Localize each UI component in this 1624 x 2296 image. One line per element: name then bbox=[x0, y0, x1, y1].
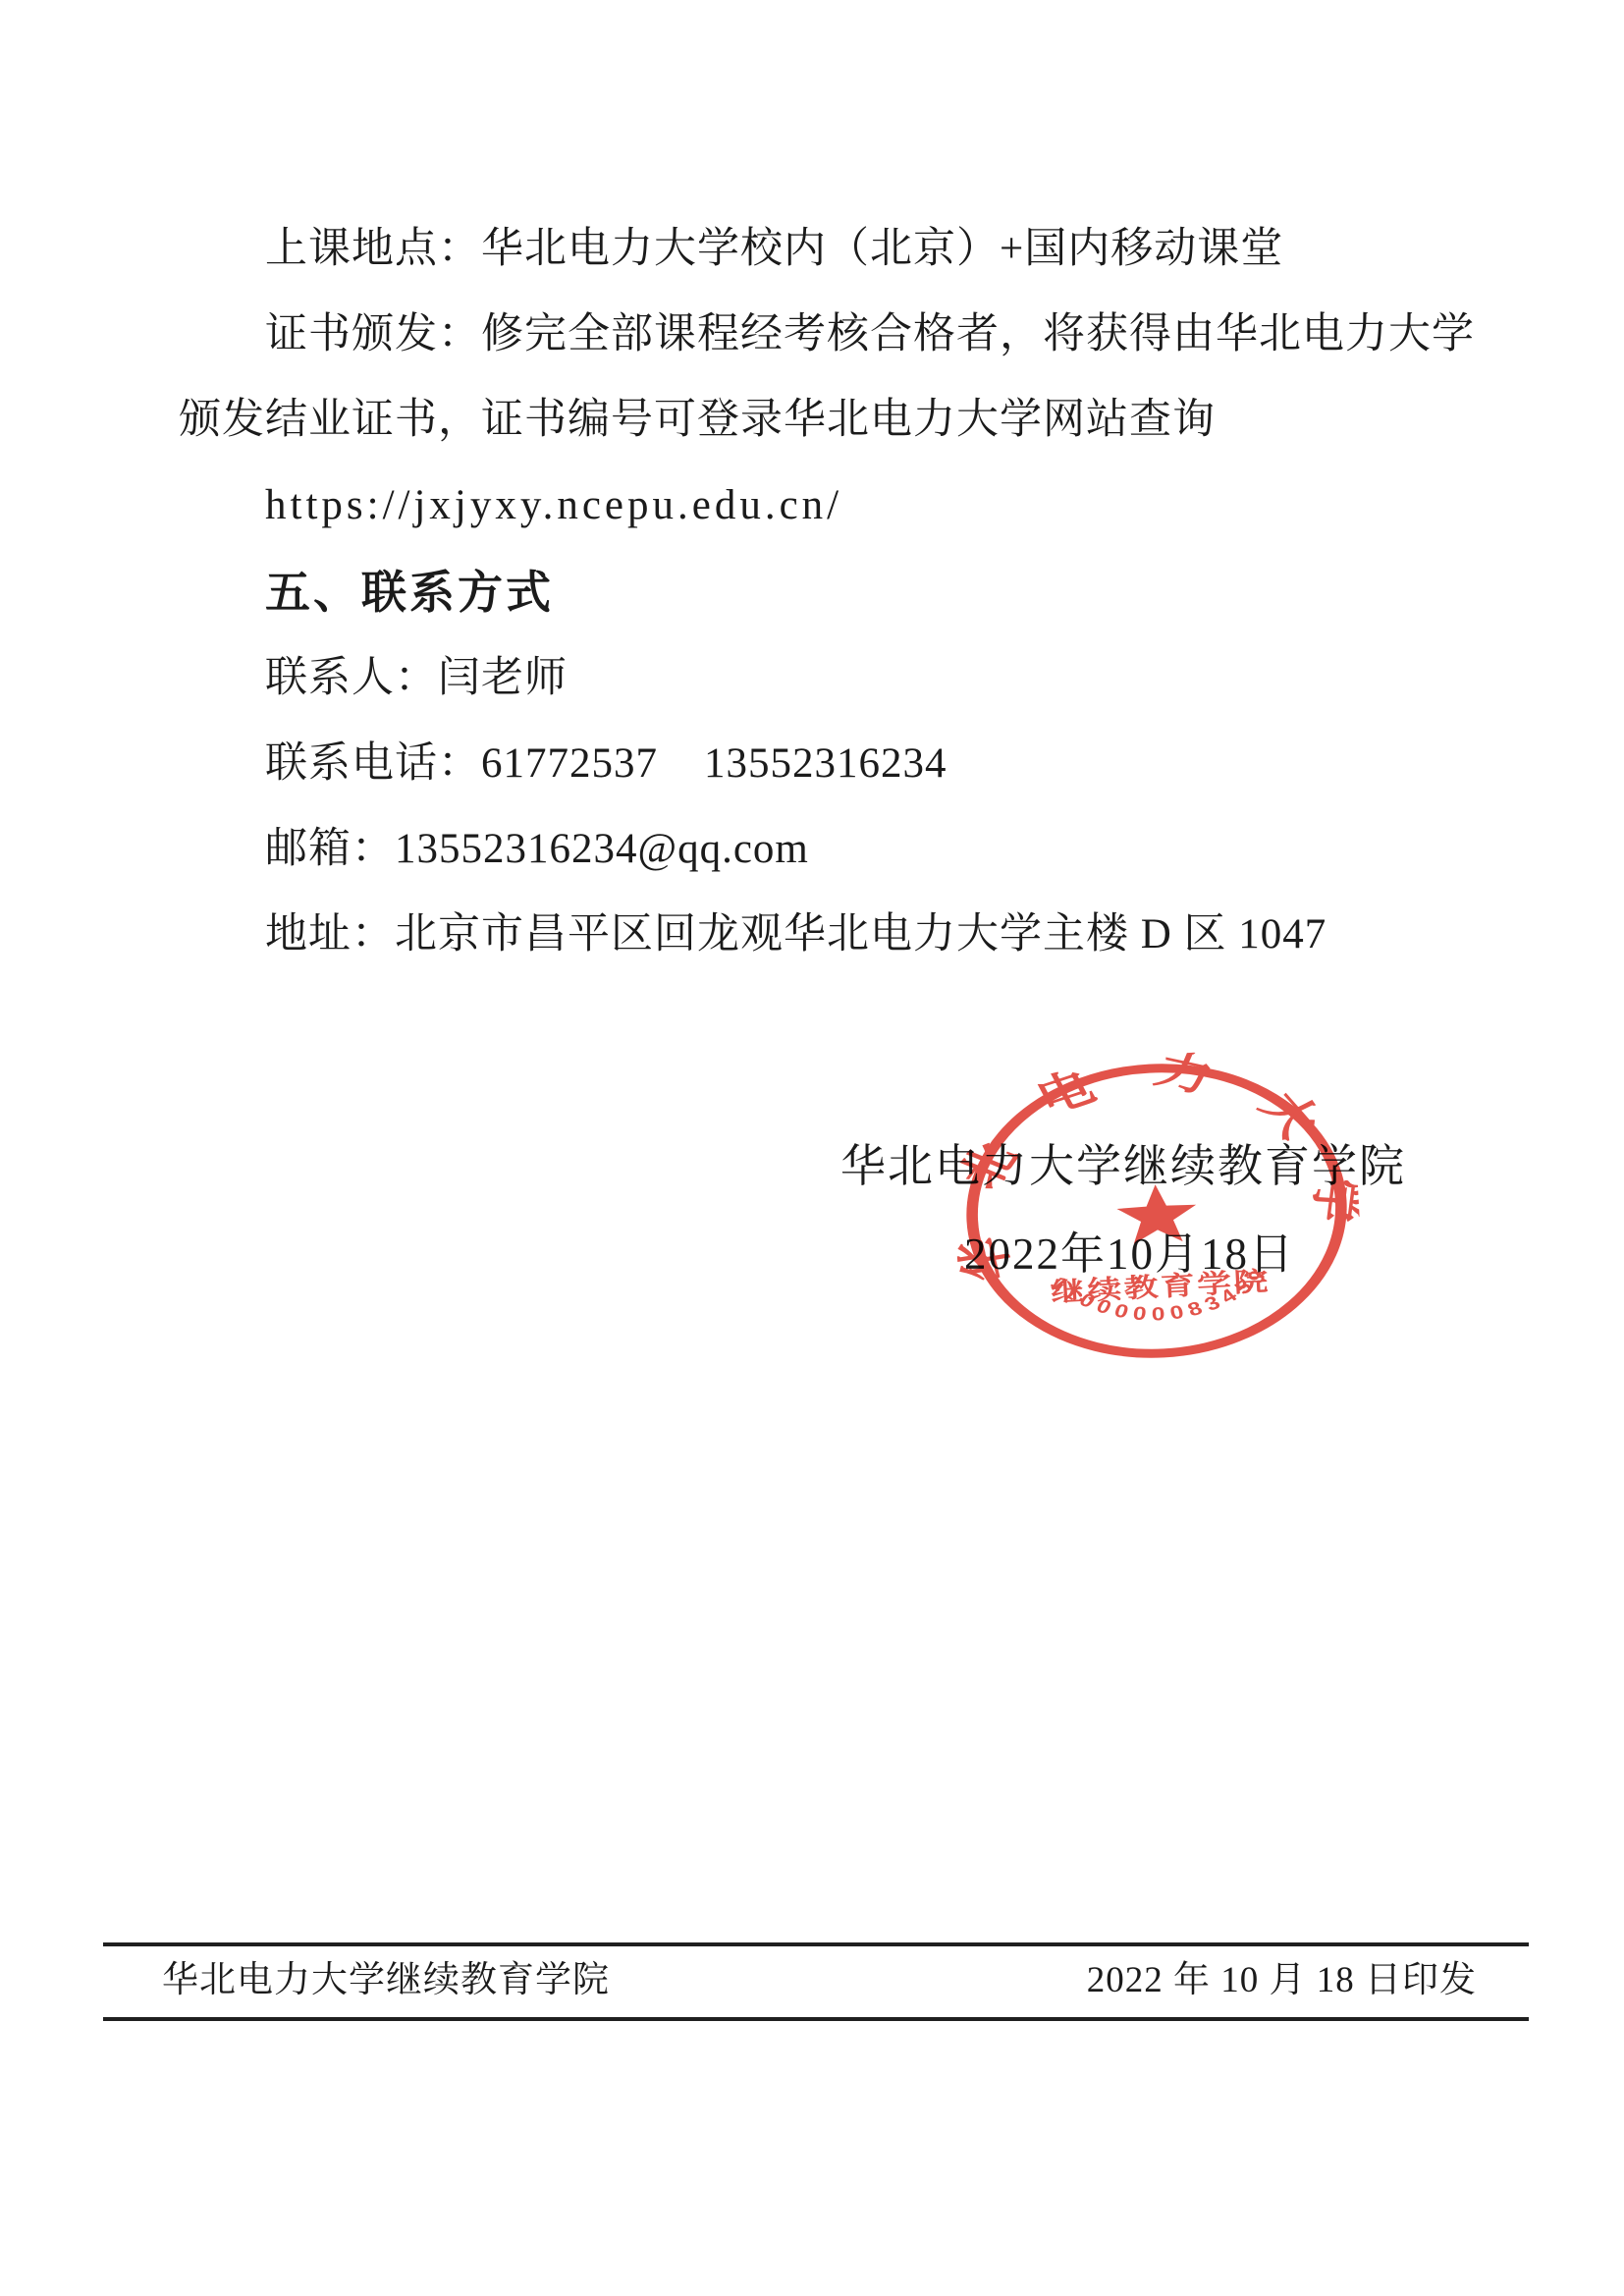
seal-star-icon bbox=[1115, 1182, 1198, 1244]
footer-rule-bottom bbox=[103, 2017, 1529, 2021]
line-certificate-1: 证书颁发：修完全部课程经考核合格者，将获得由华北电力大学 bbox=[179, 292, 1581, 377]
line-class-location: 上课地点：华北电力大学校内（北京）+国内移动课堂 bbox=[179, 206, 1581, 292]
document-page: 上课地点：华北电力大学校内（北京）+国内移动课堂 证书颁发：修完全部课程经考核合… bbox=[0, 0, 1624, 2296]
footer-rule-top bbox=[103, 1942, 1529, 1946]
footer-print-date: 2022 年 10 月 18 日印发 bbox=[1087, 1956, 1477, 2005]
line-website-url: https://jxjyxy.ncepu.edu.cn/ bbox=[179, 463, 1581, 548]
line-certificate-2: 颁发结业证书，证书编号可登录华北电力大学网站查询 bbox=[179, 377, 1494, 463]
seal-arc-text: 华北电力大学 bbox=[947, 1044, 1367, 1285]
line-contact-email: 邮箱：13552316234@qq.com bbox=[179, 806, 1581, 892]
line-contact-address: 地址：北京市昌平区回龙观华北电力大学主楼 D 区 1047 bbox=[179, 892, 1581, 977]
official-seal: 华北电力大学 继续教育学院 1100000083459 bbox=[947, 1044, 1367, 1377]
line-contact-phone: 联系电话：61772537 13552316234 bbox=[179, 721, 1581, 806]
line-contact-person: 联系人：闫老师 bbox=[179, 635, 1581, 721]
heading-contact-section: 五、联系方式 bbox=[179, 550, 1581, 635]
footer-issuer: 华北电力大学继续教育学院 bbox=[162, 1956, 610, 2005]
